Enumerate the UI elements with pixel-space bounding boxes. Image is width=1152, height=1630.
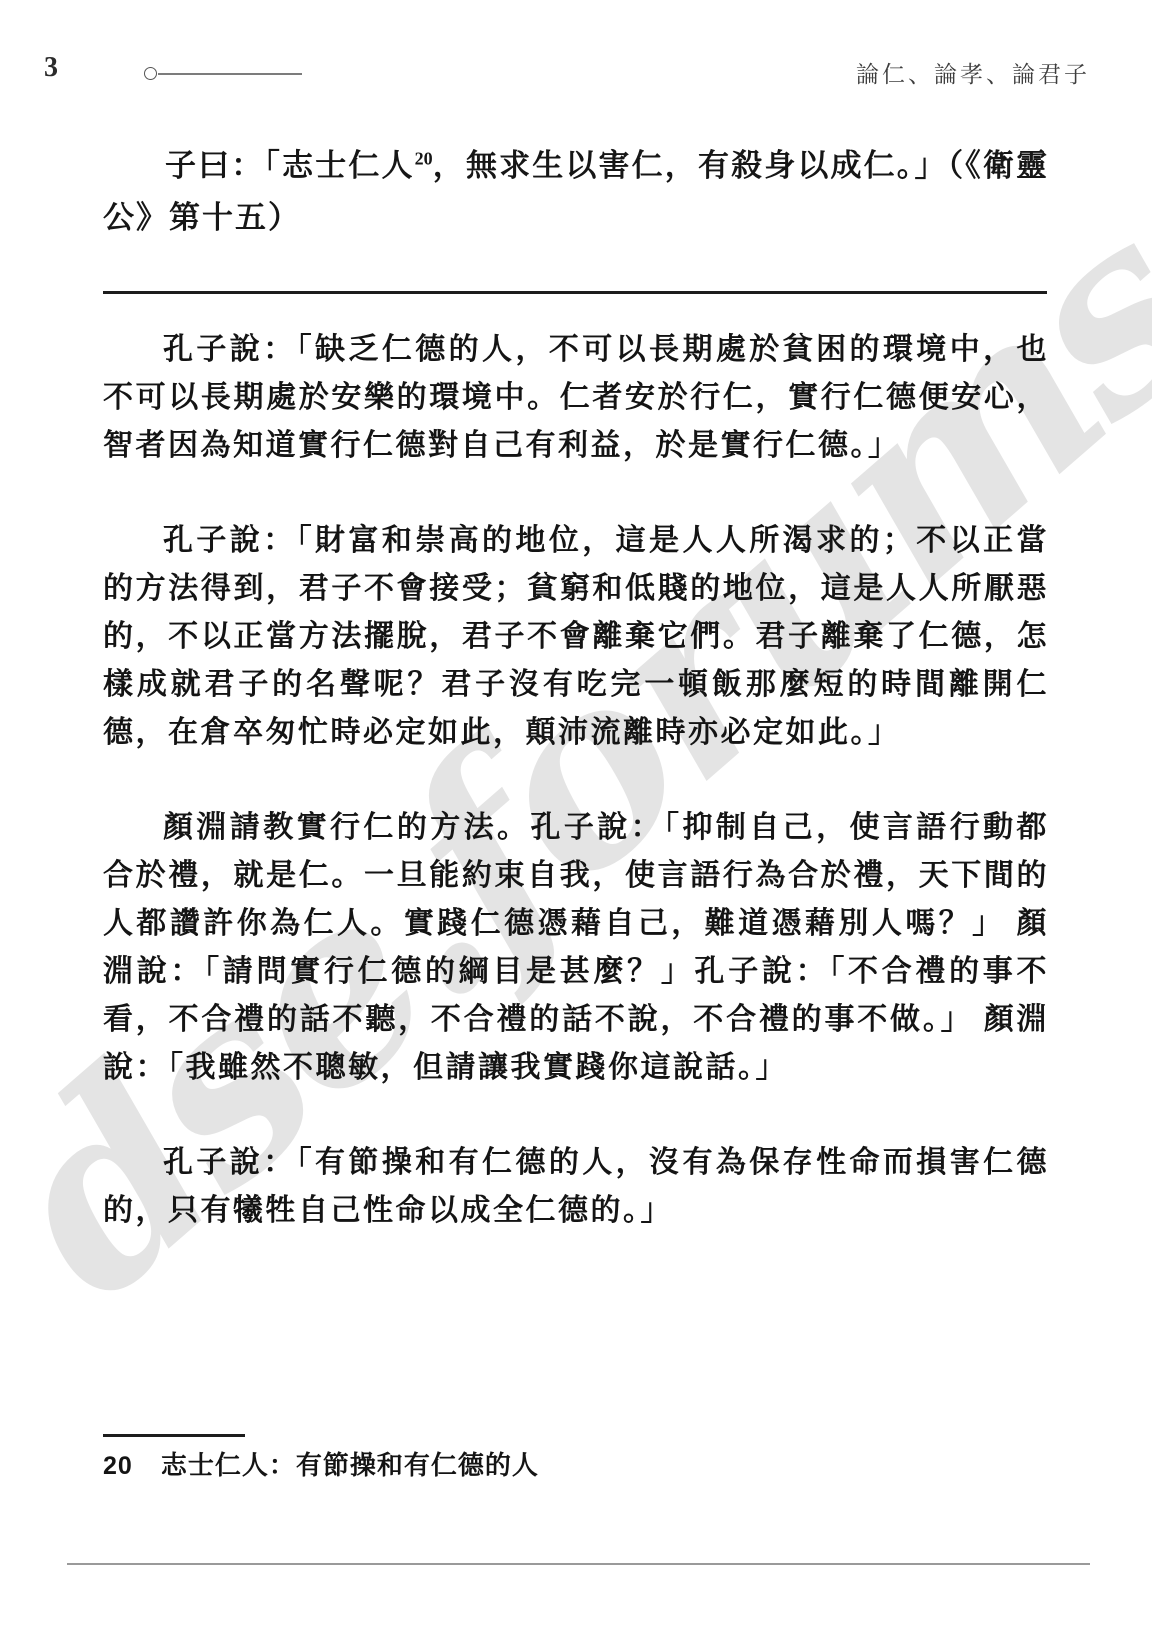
footnote-area: 20志士仁人：有節操和有仁德的人 [103, 1434, 1049, 1482]
translation-paragraph: 孔子說：「財富和崇高的地位，這是人人所渴求的；不以正當的方法得到，君子不會接受；… [103, 517, 1049, 757]
footnote-number: 20 [103, 1452, 133, 1480]
footer-rule [67, 1563, 1090, 1565]
footnote-reference: 20 [415, 149, 433, 169]
footnote-text: 志士仁人：有節操和有仁德的人 [161, 1451, 539, 1480]
translation-paragraph: 顏淵請教實行仁的方法。孔子說：「抑制自己，使言語行動都合於禮，就是仁。一旦能約束… [103, 804, 1049, 1092]
footnote: 20志士仁人：有節操和有仁德的人 [103, 1445, 1049, 1482]
ornament-rule [158, 73, 302, 75]
chapter-title: 論仁、論孝、論君子 [856, 56, 1090, 89]
classical-quote: 子曰：「志士仁人20，無求生以害仁，有殺身以成仁。」（《衛靈公》第十五） [103, 140, 1049, 244]
translation-body: 孔子說：「缺乏仁德的人，不可以長期處於貧困的環境中，也不可以長期處於安樂的環境中… [103, 326, 1049, 1282]
page-number: 3 [44, 52, 58, 84]
header-ornament [144, 66, 304, 82]
footnote-separator [103, 1434, 245, 1437]
quote-text-before: 子曰：「志士仁人 [165, 148, 415, 183]
document-page: dse.forums 3 論仁、論孝、論君子 子曰：「志士仁人20，無求生以害仁… [0, 0, 1152, 1630]
section-divider [103, 291, 1047, 294]
translation-paragraph: 孔子說：「有節操和有仁德的人，沒有為保存性命而損害仁德的，只有犧牲自己性命以成全… [103, 1139, 1049, 1235]
translation-paragraph: 孔子說：「缺乏仁德的人，不可以長期處於貧困的環境中，也不可以長期處於安樂的環境中… [103, 326, 1049, 470]
circle-ornament-icon [144, 67, 157, 80]
